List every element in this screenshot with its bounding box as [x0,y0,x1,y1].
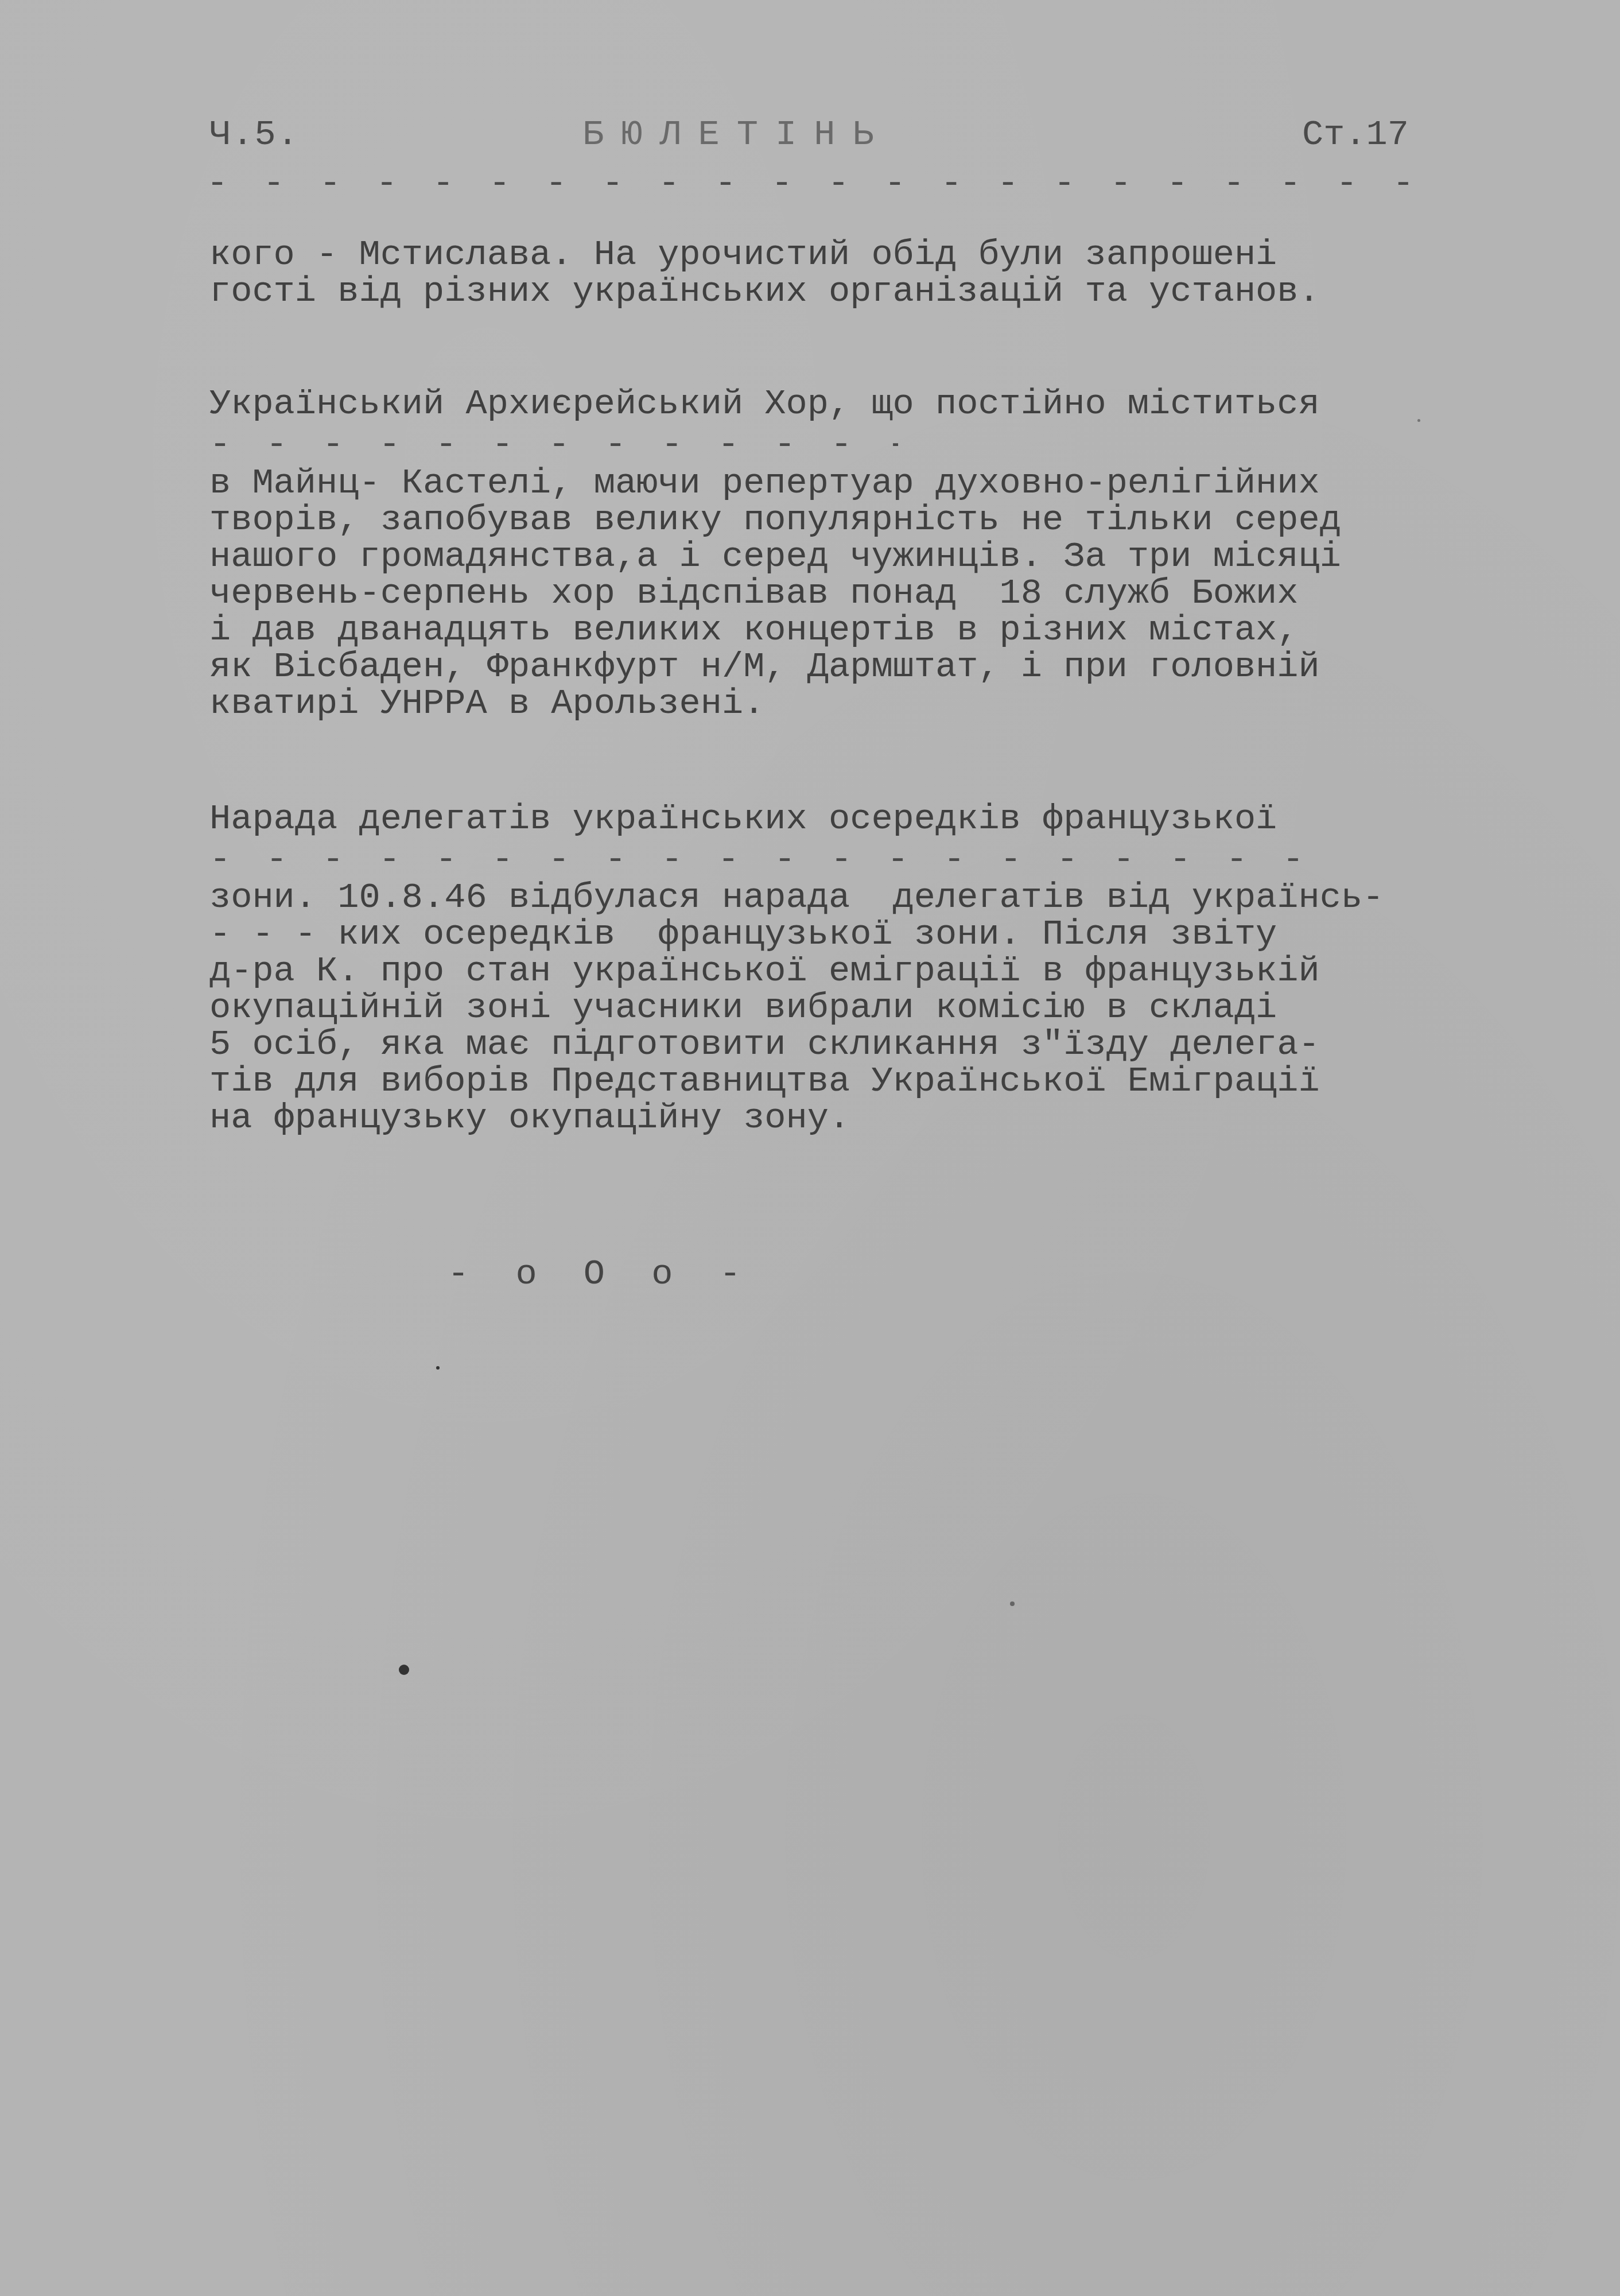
text-line: нашого громадянства,а і серед чужинців. … [209,538,1443,575]
scan-speck [436,1366,440,1370]
text-line: - - - ких осередків французької зони. Пі… [209,916,1443,953]
page-header: Ч.5. БЮЛЕТІНЬ Ст.17 [209,112,1409,158]
text-line: тів для виборів Представництва Українськ… [209,1063,1443,1100]
text-line: кватирі УНРРА в Арользені. [209,685,1443,722]
text-line: окупаційній зоні учасники вибрали комісі… [209,990,1443,1026]
text-line: творів, запобував велику популярність не… [209,502,1443,538]
header-divider: - - - - - - - - - - - - - - - - - - - - … [207,172,1412,195]
scan-speck [399,1665,409,1675]
paragraph-meeting: зони. 10.8.46 відбулася нарада делегатів… [209,879,1443,1137]
heading-underline: - - - - - - - - - - - - - - - - - - - - … [209,848,1334,871]
section-heading-meeting: Нарада делегатів українських осередків ф… [209,801,1277,837]
scan-speck [1417,419,1420,422]
page-number: Ст.17 [1302,112,1409,158]
paragraph-choir: в Майнц- Кастелі, маючи репертуар духовн… [209,465,1443,722]
heading-underline: - - - - - - - - - - - - - - - - [209,433,898,456]
paragraph-continuation: кого - Мстислава. На урочистий обід були… [209,236,1443,310]
text-line: на французьку окупаційну зону. [209,1100,1443,1137]
bulletin-title: БЮЛЕТІНЬ [582,112,891,158]
text-line: гості від різних українських організацій… [209,273,1443,310]
text-line: д-ра К. про стан української еміграції в… [209,953,1443,990]
text-line: червень-серпень хор відспівав понад 18 с… [209,575,1443,612]
issue-number: Ч.5. [209,112,300,158]
scan-speck [1010,1601,1015,1606]
text-line: і дав дванадцять великих концертів в різ… [209,612,1443,649]
text-line: зони. 10.8.46 відбулася нарада делегатів… [209,879,1443,916]
text-line: як Вісбаден, Франкфурт н/М, Дармштат, і … [209,649,1443,685]
document-page: Ч.5. БЮЛЕТІНЬ Ст.17 - - - - - - - - - - … [0,0,1620,2296]
section-heading-choir: Український Архиєрейський Хор, що постій… [209,386,1320,422]
text-line: в Майнц- Кастелі, маючи репертуар духовн… [209,465,1443,502]
text-line: 5 осіб, яка має підготовити скликання з"… [209,1026,1443,1063]
end-mark: - o O o - [448,1251,753,1297]
text-line: кого - Мстислава. На урочистий обід були… [209,236,1443,273]
